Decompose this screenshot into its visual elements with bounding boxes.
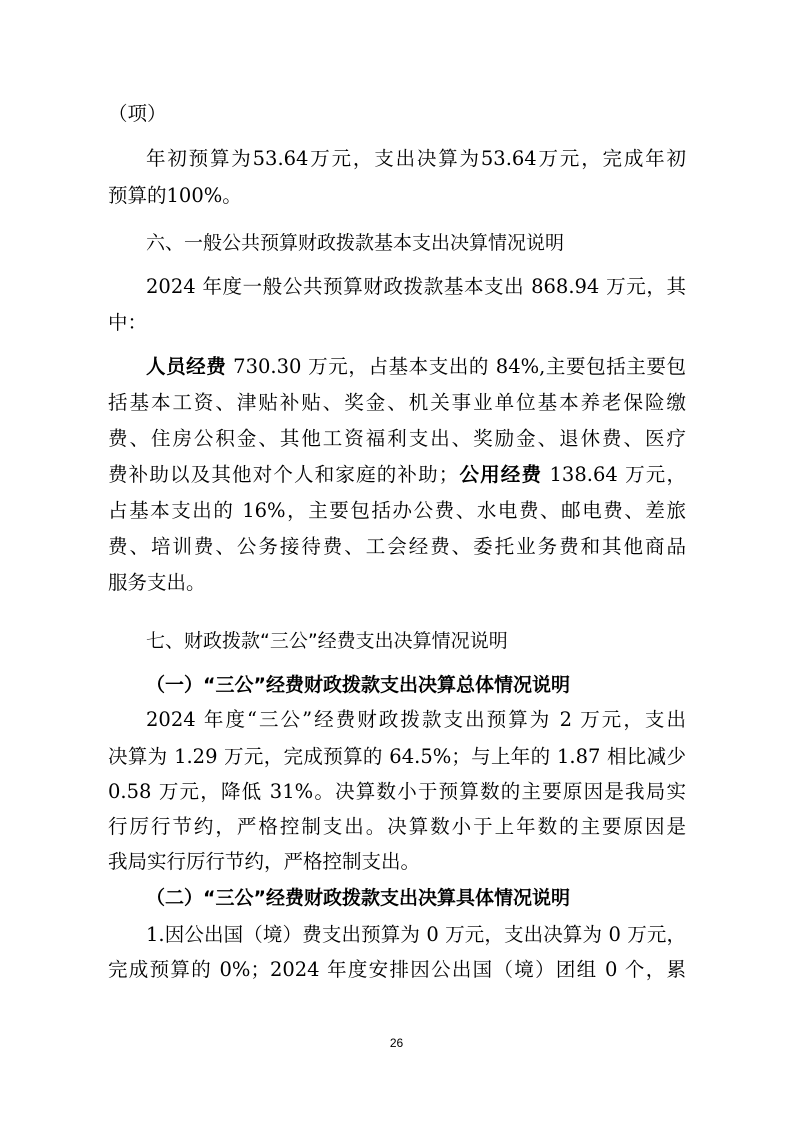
paragraph-line: 费、培训费、公务接待费、工会经费、委托业务费和其他商品 <box>108 532 686 562</box>
paragraph-line: 行厉行节约，严格控制支出。决算数小于上年数的主要原因是 <box>108 812 686 842</box>
public-cost-text: 138.64 万元， <box>542 463 686 486</box>
personnel-cost-text: 730.30 万元，占基本支出的 84%,主要包括主要包 <box>226 355 686 378</box>
paragraph-line: 括基本工资、津贴补贴、奖金、机关事业单位基本养老保险缴 <box>108 388 686 418</box>
section-heading-6: 六、一般公共预算财政拨款基本支出决算情况说明 <box>146 228 686 258</box>
document-page: （项） 年初预算为53.64万元，支出决算为53.64万元，完成年初 预算的10… <box>0 0 793 1122</box>
paragraph-line: 决算为 1.29 万元，完成预算的 64.5%；与上年的 1.87 相比减少 <box>108 742 686 772</box>
paragraph-line: 0.58 万元，降低 31%。决算数小于预算数的主要原因是我局实 <box>108 777 686 807</box>
personnel-cost-label: 人员经费 <box>146 355 226 378</box>
paragraph-personnel-cost: 人员经费 730.30 万元，占基本支出的 84%,主要包括主要包 <box>146 352 686 382</box>
paragraph-basic-expenditure: 2024 年度一般公共预算财政拨款基本支出 868.94 万元，其 <box>146 272 686 302</box>
paragraph-overseas-travel: 1.因公出国（境）费支出预算为 0 万元，支出决算为 0 万元， <box>146 920 686 950</box>
paragraph-line: 服务支出。 <box>108 568 686 598</box>
subsection-heading-2: （二）“三公”经费财政拨款支出决算具体情况说明 <box>146 883 686 913</box>
paragraph-line: 我局实行厉行节约，严格控制支出。 <box>108 847 686 877</box>
paragraph-budget-completion-cont: 预算的100%。 <box>108 181 686 211</box>
paragraph-three-public-overview: 2024 年度“三公”经费财政拨款支出预算为 2 万元，支出 <box>146 705 686 735</box>
paragraph-text: 费补助以及其他对个人和家庭的补助； <box>108 463 458 486</box>
paragraph-basic-expenditure-cont: 中： <box>108 308 686 338</box>
subsection-heading-1: （一）“三公”经费财政拨款支出决算总体情况说明 <box>146 670 686 700</box>
public-cost-label: 公用经费 <box>458 463 542 486</box>
paragraph-line: 占基本支出的 16%，主要包括办公费、水电费、邮电费、差旅 <box>108 496 686 526</box>
paragraph-line: 费、住房公积金、其他工资福利支出、奖励金、退休费、医疗 <box>108 424 686 454</box>
paragraph-budget-completion: 年初预算为53.64万元，支出决算为53.64万元，完成年初 <box>146 144 686 174</box>
page-number: 26 <box>0 1036 793 1050</box>
paragraph-line-public-cost: 费补助以及其他对个人和家庭的补助；公用经费 138.64 万元， <box>108 460 686 490</box>
section-heading-7: 七、财政拨款“三公”经费支出决算情况说明 <box>146 626 686 656</box>
paragraph-line: 完成预算的 0%；2024 年度安排因公出国（境）团组 0 个，累 <box>108 955 686 985</box>
text-line-item-label: （项） <box>108 99 686 129</box>
